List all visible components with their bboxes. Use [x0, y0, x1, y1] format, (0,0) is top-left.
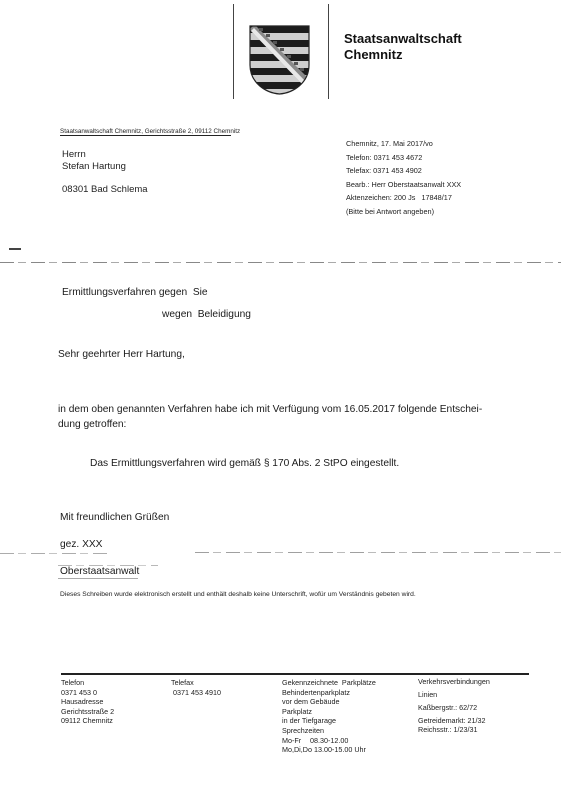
signer-title: Oberstaatsanwalt [60, 566, 139, 577]
authority-name: Staatsanwaltschaft Chemnitz [344, 31, 462, 63]
closing: Mit freundlichen Grüßen [60, 512, 169, 523]
footer-col-telefon: Telefon 0371 453 0 Hausadresse Gerichtss… [61, 678, 114, 726]
info-bearbeiter: Bearb.: Herr Oberstaatsanwalt XXX [346, 178, 461, 192]
footer-col-telefax: Telefax 0371 453 4910 [171, 678, 221, 697]
footer-telefax-heading: Telefax [171, 678, 221, 688]
subject-value-reason: Beleidigung [198, 309, 251, 320]
sender-underline [60, 135, 231, 136]
footer-parking-line2: vor dem Gebäude [282, 697, 376, 707]
subject-block: Ermittlungsverfahren gegen Sie wegen Bel… [62, 282, 251, 326]
signature: gez. XXX [60, 539, 102, 550]
body-paragraph-line2: dung getroffen: [58, 417, 482, 432]
subject-row-against: Ermittlungsverfahren gegen Sie [62, 282, 251, 304]
footer-col-parking: Gekennzeichnete Parkplätze Behindertenpa… [282, 678, 376, 755]
electronic-note: Dieses Schreiben wurde elektronisch erst… [60, 591, 416, 598]
header-divider-right [328, 4, 329, 99]
footer-hours-heading: Sprechzeiten [282, 726, 376, 736]
footer-parking-line3: Parkplatz [282, 707, 376, 717]
decision-statement: Das Ermittlungsverfahren wird gemäß § 17… [90, 458, 399, 469]
body-paragraph: in dem oben genannten Verfahren habe ich… [58, 402, 482, 432]
info-block: Chemnitz, 17. Mai 2017/vo Telefon: 0371 … [346, 137, 461, 219]
scan-artifact-line [195, 552, 561, 553]
header-divider-left [233, 4, 234, 99]
footer-telefon-heading: Telefon [61, 678, 114, 688]
footer-hours1-time: 08.30-12.00 [310, 736, 348, 746]
info-telefax: Telefax: 0371 453 4902 [346, 164, 461, 178]
title-underline [58, 578, 138, 579]
subject-value-against: Sie [193, 287, 208, 298]
sender-address-line: Staatsanwaltschaft Chemnitz, Gerichtsstr… [60, 128, 240, 135]
footer-telefon-number: 0371 453 0 [61, 688, 114, 698]
info-hint: (Bitte bei Antwort angeben) [346, 205, 461, 219]
subject-label-reason: wegen [162, 309, 192, 320]
footer-city: 09112 Chemnitz [61, 716, 114, 726]
authority-line2: Chemnitz [344, 47, 462, 63]
footer-rule [61, 673, 529, 675]
recipient-name: Stefan Hartung [62, 161, 148, 173]
body-paragraph-line1: in dem oben genannten Verfahren habe ich… [58, 402, 482, 417]
scan-artifact-line [0, 262, 561, 263]
footer-address-heading: Hausadresse [61, 697, 114, 707]
authority-line1: Staatsanwaltschaft [344, 31, 462, 47]
subject-label-against: Ermittlungsverfahren gegen [62, 287, 187, 298]
saxony-coat-of-arms-icon [249, 25, 310, 95]
footer-lines-label: Linien [418, 689, 490, 700]
info-telefon: Telefon: 0371 453 4672 [346, 151, 461, 165]
footer-hours-row1: Mo-Fr 08.30-12.00 [282, 736, 376, 746]
recipient-address: Herrn Stefan Hartung 08301 Bad Schlema [62, 149, 148, 196]
footer-telefax-number: 0371 453 4910 [171, 688, 221, 698]
footer-parking-line1: Behindertenparkplatz [282, 688, 376, 698]
footer-traffic-heading: Verkehrsverbindungen [418, 676, 490, 687]
recipient-salutation: Herrn [62, 149, 148, 161]
fold-mark [9, 248, 21, 250]
footer-parking-heading: Gekennzeichnete Parkplätze [282, 678, 376, 688]
footer-stop-kassberg: Kaßbergstr.: 62/72 [418, 702, 490, 713]
scan-artifact-line [0, 553, 110, 554]
footer-street: Gerichtsstraße 2 [61, 707, 114, 717]
greeting: Sehr geehrter Herr Hartung, [58, 349, 185, 360]
footer-hours1-days: Mo-Fr [282, 736, 308, 746]
footer-hours-row2: Mo,Di,Do 13.00-15.00 Uhr [282, 745, 376, 755]
subject-row-reason: wegen Beleidigung [62, 304, 251, 326]
info-aktenzeichen: Aktenzeichen: 200 Js 17848/17 [346, 191, 461, 205]
recipient-city: 08301 Bad Schlema [62, 184, 148, 196]
place-date: Chemnitz, 17. Mai 2017/vo [346, 137, 461, 151]
footer-parking-line4: in der Tiefgarage [282, 716, 376, 726]
footer-col-traffic: Verkehrsverbindungen Linien Kaßbergstr.:… [418, 676, 490, 735]
